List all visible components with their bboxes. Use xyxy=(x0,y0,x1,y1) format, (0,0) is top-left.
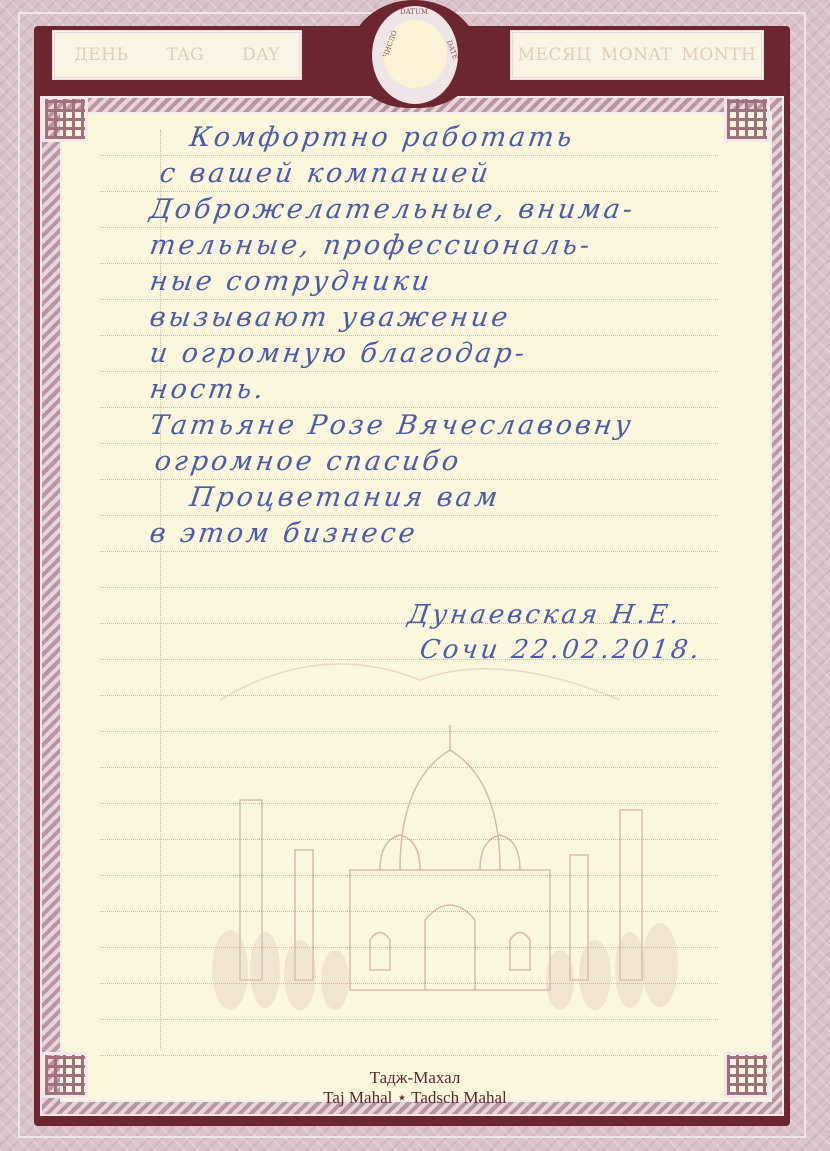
caption-latin: Taj Mahal ⋆ Tadsch Mahal xyxy=(0,1088,830,1108)
handwritten-line: Процветания вам xyxy=(188,482,503,513)
handwritten-line: Татьяне Розе Вячеславовну xyxy=(148,410,636,441)
ruled-line xyxy=(100,1055,718,1056)
signature: Дунаевская Н.Е. xyxy=(406,600,684,630)
ruled-line xyxy=(100,227,718,228)
day-field: ДЕНЬ TAG DAY xyxy=(52,30,302,80)
handwritten-line: тельные, профессиональ- xyxy=(148,230,595,261)
handwritten-line: в этом бизнесе xyxy=(148,518,420,549)
day-label-ru: ДЕНЬ xyxy=(74,45,129,65)
ruled-line xyxy=(100,515,718,516)
handwritten-line: и огромную благодар- xyxy=(148,338,529,369)
day-label-en: DAY xyxy=(242,45,280,65)
place-date: Сочи 22.02.2018. xyxy=(418,635,704,665)
day-label-de: TAG xyxy=(166,45,204,65)
ruled-line xyxy=(100,335,718,336)
month-field: МЕСЯЦ MONAT MONTH xyxy=(510,30,764,80)
month-label-de: MONAT xyxy=(601,45,672,65)
ruled-line xyxy=(100,155,718,156)
ruled-line xyxy=(100,407,718,408)
handwritten-line: огромное спасибо xyxy=(153,446,464,477)
ruled-line xyxy=(100,263,718,264)
handwritten-line: вызывают уважение xyxy=(148,302,513,333)
ruled-line xyxy=(100,443,718,444)
ruled-line xyxy=(100,299,718,300)
knot-corner-icon xyxy=(724,96,770,142)
handwritten-line: с вашей компанией xyxy=(158,158,493,189)
ruled-line xyxy=(100,587,718,588)
month-label-ru: МЕСЯЦ xyxy=(518,45,592,65)
handwritten-line: Комфортно работать xyxy=(188,122,577,153)
handwritten-line: ные сотрудники xyxy=(148,266,434,297)
ruled-line xyxy=(100,479,718,480)
handwritten-line: Доброжелательные, внима- xyxy=(148,194,637,225)
caption-ru: Тадж-Махал xyxy=(0,1068,830,1088)
month-label-en: MONTH xyxy=(681,45,756,65)
taj-mahal-illustration xyxy=(200,640,680,1040)
ruled-line xyxy=(100,191,718,192)
medallion-label-de: DATUM xyxy=(400,8,428,16)
handwritten-line: ность. xyxy=(148,374,268,405)
knot-corner-icon xyxy=(42,96,88,142)
ruled-line xyxy=(100,371,718,372)
ruled-line xyxy=(100,551,718,552)
